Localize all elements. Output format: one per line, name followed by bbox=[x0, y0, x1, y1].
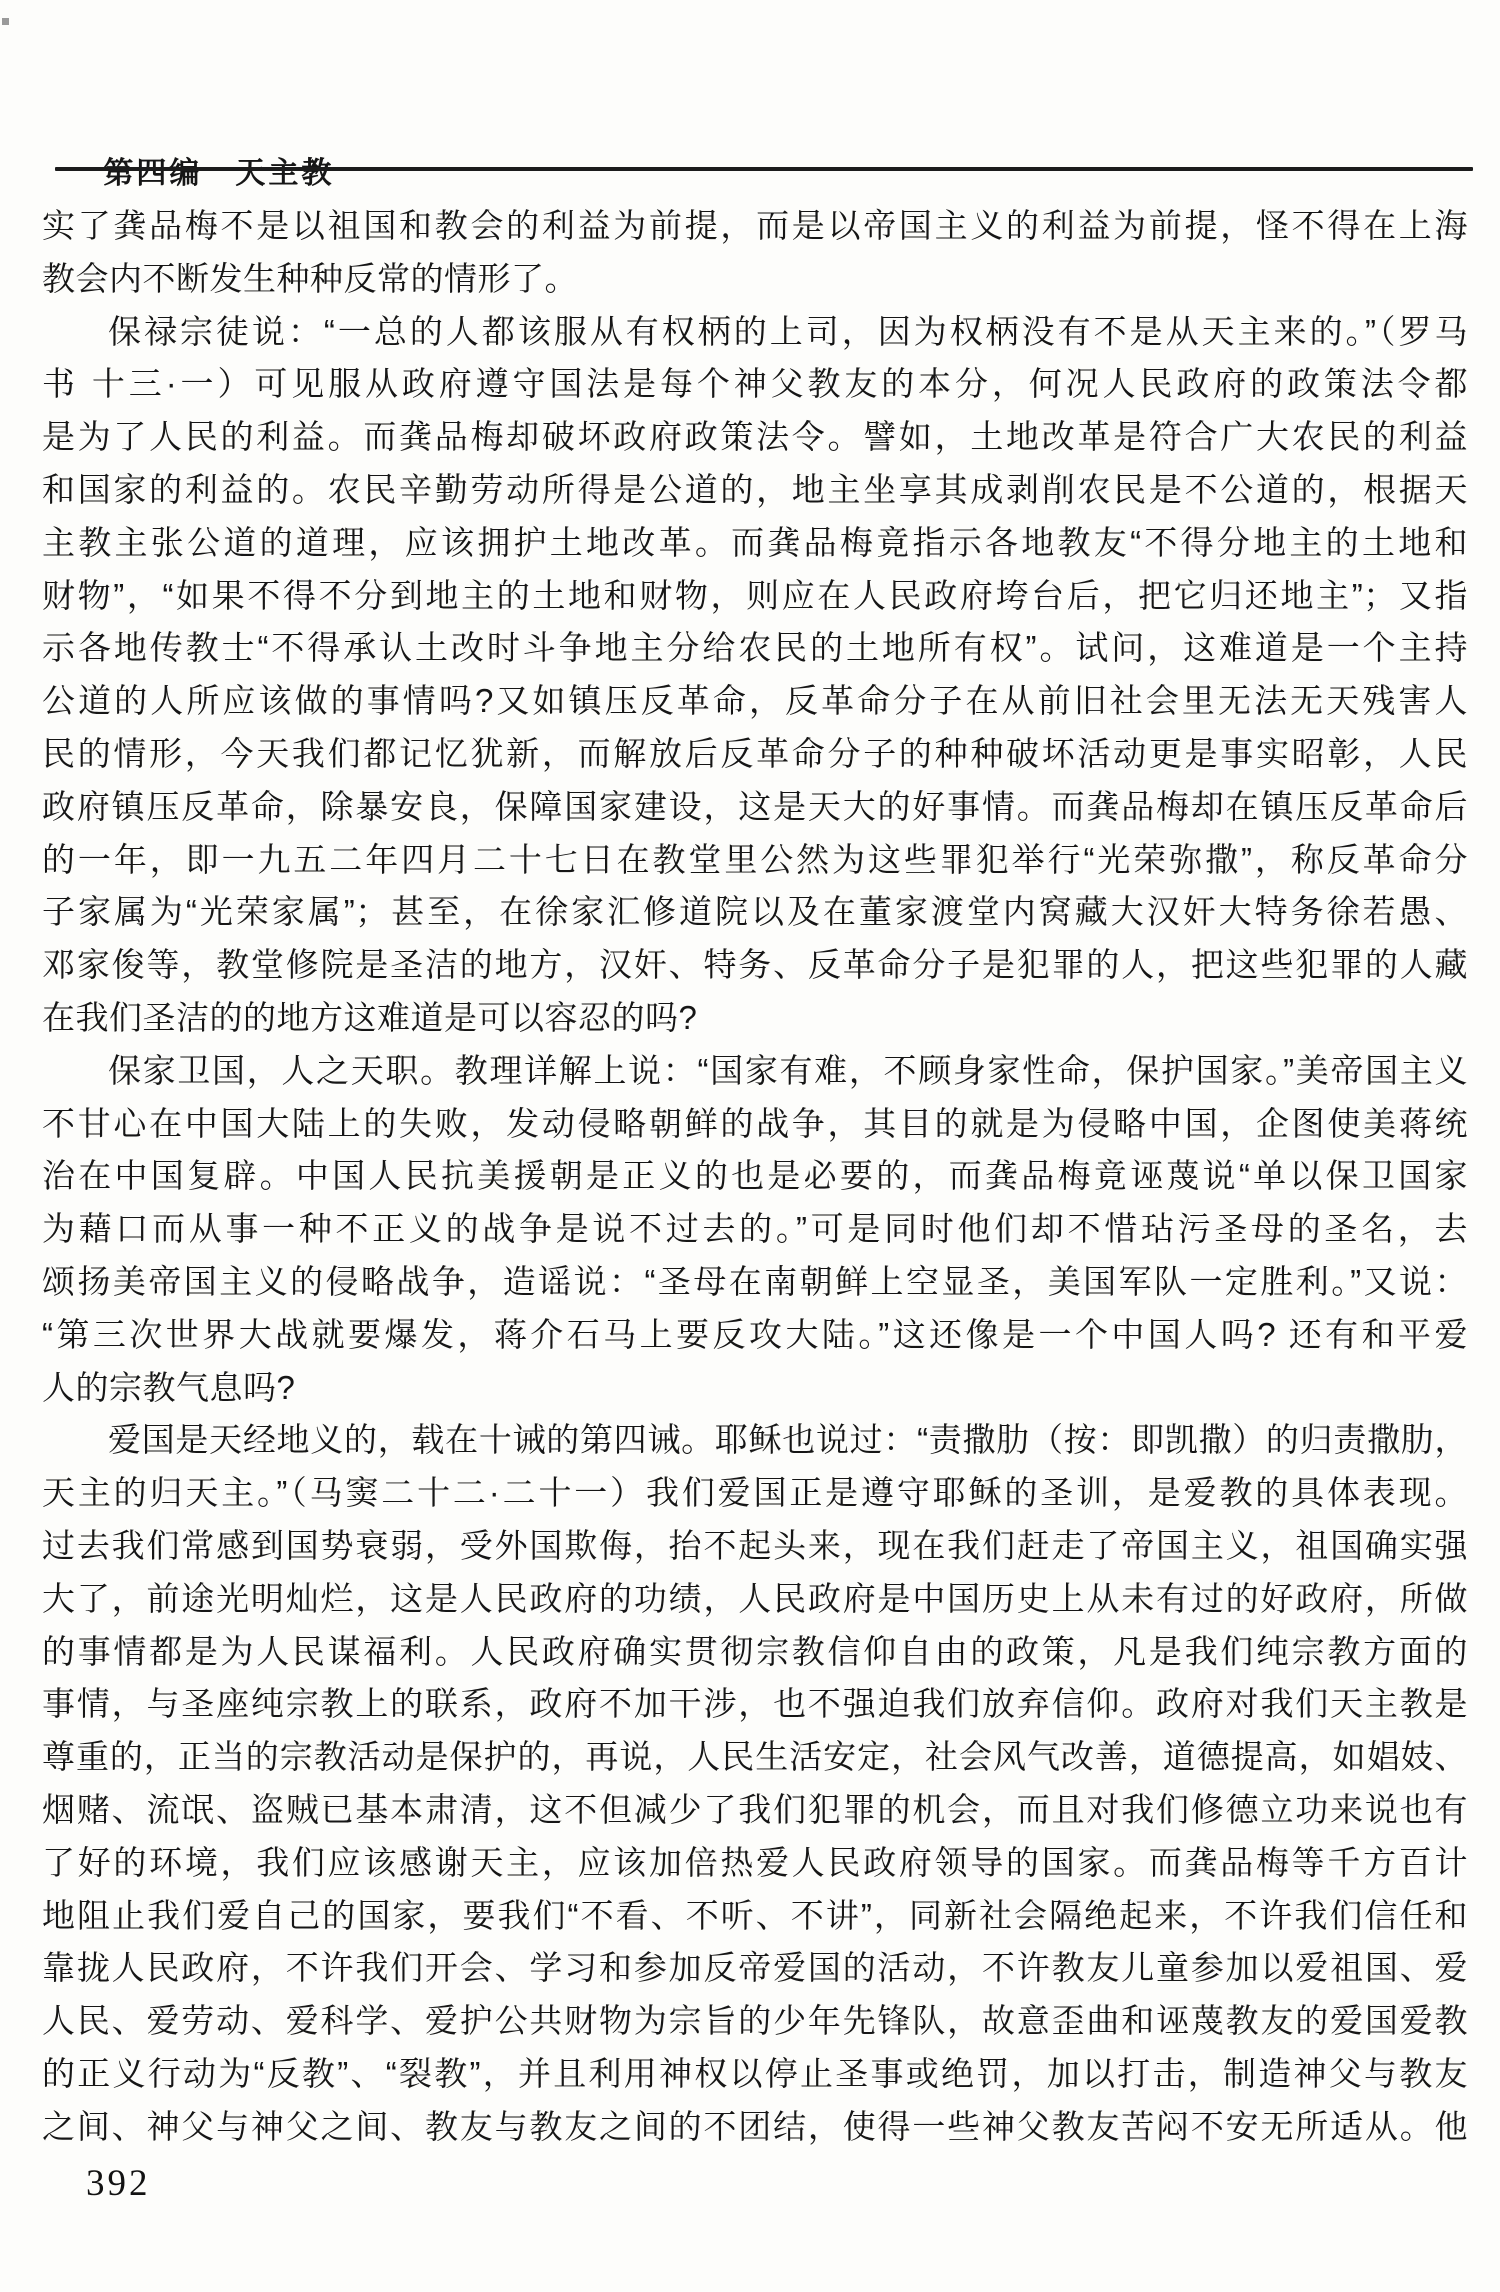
text-line: 民的情形，今天我们都记忆犹新，而解放后反革命分子的种种破坏活动更是事实昭彰，人民 bbox=[42, 728, 1468, 781]
text-line: 尊重的，正当的宗教活动是保护的，再说，人民生活安定，社会风气改善，道德提高，如娼… bbox=[42, 1731, 1468, 1784]
paragraph: 保家卫国，人之天职。教理详解上说：“国家有难，不顾身家性命，保护国家。”美帝国主… bbox=[42, 1045, 1468, 1415]
text-line: 书 十三·一）可见服从政府遵守国法是每个神父教友的本分，何况人民政府的政策法令都 bbox=[42, 358, 1468, 411]
book-page: 第四编 天主教 实了龚品梅不是以祖国和教会的利益为前提，而是以帝国主义的利益为前… bbox=[0, 0, 1500, 2292]
text-line: 事情，与圣座纯宗教上的联系，政府不加干涉，也不强迫我们放弃信仰。政府对我们天主教… bbox=[42, 1678, 1468, 1731]
text-line: 是为了人民的利益。而龚品梅却破坏政府政策法令。譬如，土地改革是符合广大农民的利益 bbox=[42, 411, 1468, 464]
text-line: 实了龚品梅不是以祖国和教会的利益为前提，而是以帝国主义的利益为前提，怪不得在上海 bbox=[42, 200, 1468, 253]
text-line: 保禄宗徒说：“一总的人都该服从有权柄的上司，因为权柄没有不是从天主来的。”（罗马 bbox=[42, 306, 1468, 359]
paragraph: 爱国是天经地义的，载在十诫的第四诫。耶稣也说过：“责撒肋（按：即凯撒）的归责撒肋… bbox=[42, 1414, 1468, 2153]
text-line: 地阻止我们爱自己的国家，要我们“不看、不听、不讲”，同新社会隔绝起来，不许我们信… bbox=[42, 1890, 1468, 1943]
text-line: 治在中国复辟。中国人民抗美援朝是正义的也是必要的，而龚品梅竟诬蔑说“单以保卫国家 bbox=[42, 1150, 1468, 1203]
text-line: 公道的人所应该做的事情吗?又如镇压反革命，反革命分子在从前旧社会里无法无天残害人 bbox=[42, 675, 1468, 728]
text-line: 子家属为“光荣家属”；甚至，在徐家汇修道院以及在董家渡堂内窝藏大汉奸大特务徐若愚… bbox=[42, 886, 1468, 939]
text-line: “第三次世界大战就要爆发，蒋介石马上要反攻大陆。”这还像是一个中国人吗? 还有和… bbox=[42, 1309, 1468, 1362]
body-text: 实了龚品梅不是以祖国和教会的利益为前提，而是以帝国主义的利益为前提，怪不得在上海… bbox=[42, 200, 1468, 2153]
text-line: 大了，前途光明灿烂，这是人民政府的功绩，人民政府是中国历史上从未有过的好政府，所… bbox=[42, 1573, 1468, 1626]
text-line: 的一年，即一九五二年四月二十七日在教堂里公然为这些罪犯举行“光荣弥撒”，称反革命… bbox=[42, 834, 1468, 887]
text-line: 的正义行动为“反教”、“裂教”，并且利用神权以停止圣事或绝罚，加以打击，制造神父… bbox=[42, 2048, 1468, 2101]
text-line: 示各地传教士“不得承认土改时斗争地主分给农民的土地所有权”。试问，这难道是一个主… bbox=[42, 622, 1468, 675]
text-line: 天主的归天主。”（马窦二十二·二十一）我们爱国正是遵守耶稣的圣训，是爱教的具体表… bbox=[42, 1467, 1468, 1520]
text-line: 邓家俊等，教堂修院是圣洁的地方，汉奸、特务、反革命分子是犯罪的人，把这些犯罪的人… bbox=[42, 939, 1468, 992]
text-line: 爱国是天经地义的，载在十诫的第四诫。耶稣也说过：“责撒肋（按：即凯撒）的归责撒肋… bbox=[42, 1414, 1468, 1467]
page-footer: 392 bbox=[86, 2162, 151, 2205]
header-rule bbox=[55, 167, 1473, 171]
text-line: 和国家的利益的。农民辛勤劳动所得是公道的，地主坐享其成剥削农民是不公道的，根据天 bbox=[42, 464, 1468, 517]
text-line: 人民、爱劳动、爱科学、爱护公共财物为宗旨的少年先锋队，故意歪曲和诬蔑教友的爱国爱… bbox=[42, 1995, 1468, 2048]
text-line: 主教主张公道的道理，应该拥护土地改革。而龚品梅竟指示各地教友“不得分地主的土地和 bbox=[42, 517, 1468, 570]
scan-artifact bbox=[2, 18, 9, 25]
text-line: 的事情都是为人民谋福利。人民政府确实贯彻宗教信仰自由的政策，凡是我们纯宗教方面的 bbox=[42, 1626, 1468, 1679]
text-line: 过去我们常感到国势衰弱，受外国欺侮，抬不起头来，现在我们赶走了帝国主义，祖国确实… bbox=[42, 1520, 1468, 1573]
text-line: 人的宗教气息吗? bbox=[42, 1362, 1468, 1415]
paragraph: 保禄宗徒说：“一总的人都该服从有权柄的上司，因为权柄没有不是从天主来的。”（罗马… bbox=[42, 306, 1468, 1045]
text-line: 为藉口而从事一种不正义的战争是说不过去的。”可是同时他们却不惜玷污圣母的圣名，去 bbox=[42, 1203, 1468, 1256]
text-line: 不甘心在中国大陆上的失败，发动侵略朝鲜的战争，其目的就是为侵略中国，企图使美蒋统 bbox=[42, 1098, 1468, 1151]
text-line: 颂扬美帝国主义的侵略战争，造谣说：“圣母在南朝鲜上空显圣，美国军队一定胜利。”又… bbox=[42, 1256, 1468, 1309]
page-number: 392 bbox=[86, 2163, 151, 2204]
paragraph: 实了龚品梅不是以祖国和教会的利益为前提，而是以帝国主义的利益为前提，怪不得在上海… bbox=[42, 200, 1468, 306]
section-title: 第四编 天主教 bbox=[103, 157, 334, 190]
text-line: 财物”，“如果不得不分到地主的土地和财物，则应在人民政府垮台后，把它归还地主”；… bbox=[42, 570, 1468, 623]
text-line: 烟赌、流氓、盗贼已基本肃清，这不但减少了我们犯罪的机会，而且对我们修德立功来说也… bbox=[42, 1784, 1468, 1837]
text-line: 靠拢人民政府，不许我们开会、学习和参加反帝爱国的活动，不许教友儿童参加以爱祖国、… bbox=[42, 1942, 1468, 1995]
text-line: 了好的环境，我们应该感谢天主，应该加倍热爱人民政府领导的国家。而龚品梅等千方百计 bbox=[42, 1837, 1468, 1890]
text-line: 在我们圣洁的的地方这难道是可以容忍的吗? bbox=[42, 992, 1468, 1045]
text-line: 保家卫国，人之天职。教理详解上说：“国家有难，不顾身家性命，保护国家。”美帝国主… bbox=[42, 1045, 1468, 1098]
text-line: 之间、神父与神父之间、教友与教友之间的不团结，使得一些神父教友苦闷不安无所适从。… bbox=[42, 2101, 1468, 2154]
text-line: 教会内不断发生种种反常的情形了。 bbox=[42, 253, 1468, 306]
text-line: 政府镇压反革命，除暴安良，保障国家建设，这是天大的好事情。而龚品梅却在镇压反革命… bbox=[42, 781, 1468, 834]
